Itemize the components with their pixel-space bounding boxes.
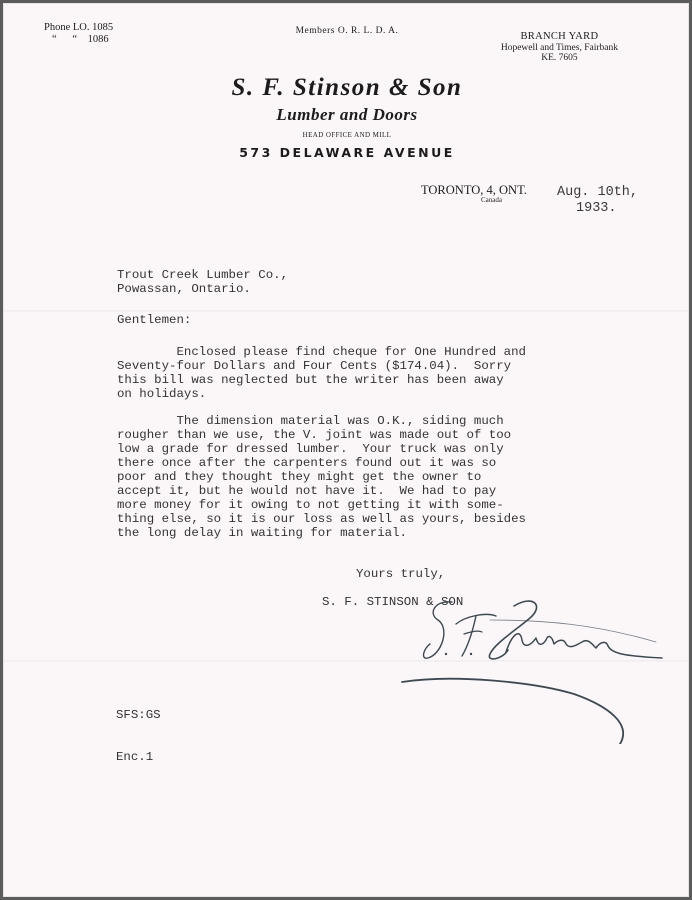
branch-yard: BRANCH YARD Hopewell and Times, Fairbank… xyxy=(501,32,618,64)
handwritten-signature xyxy=(394,594,664,749)
country-label: Canada xyxy=(481,196,502,204)
letter-date: Aug. 10th, 1933. xyxy=(557,185,638,217)
branch-phone: KE. 7605 xyxy=(501,53,618,64)
recipient-address: Trout Creek Lumber Co., Powassan, Ontari… xyxy=(117,268,288,296)
salutation: Gentlemen: xyxy=(117,313,191,327)
date-year: 1933. xyxy=(557,201,638,217)
signature-icon xyxy=(394,594,664,744)
fold-crease xyxy=(4,310,688,312)
head-office-label: HEAD OFFICE AND MILL xyxy=(4,131,689,139)
reference-initials: SFS:GS xyxy=(116,708,161,722)
body-paragraph-1: Enclosed please find cheque for One Hund… xyxy=(117,345,526,401)
reference-block: SFS:GS Enc.1 xyxy=(116,680,161,792)
branch-title: BRANCH YARD xyxy=(501,32,618,43)
company-name: S. F. Stinson & Son xyxy=(4,74,689,102)
letter-page: Phone LO. 1085 “ “ 1086 Members O. R. L.… xyxy=(3,3,689,897)
branch-address: Hopewell and Times, Fairbank xyxy=(501,43,618,54)
closing: Yours truly, xyxy=(356,567,445,581)
body-paragraph-2: The dimension material was O.K., siding … xyxy=(117,414,526,540)
enclosure-note: Enc.1 xyxy=(116,750,161,764)
company-tagline: Lumber and Doors xyxy=(4,105,689,125)
city-line: TORONTO, 4, ONT. xyxy=(421,183,527,198)
street-address: 573 DELAWARE AVENUE xyxy=(4,145,689,160)
date-day: Aug. 10th, xyxy=(557,185,638,200)
